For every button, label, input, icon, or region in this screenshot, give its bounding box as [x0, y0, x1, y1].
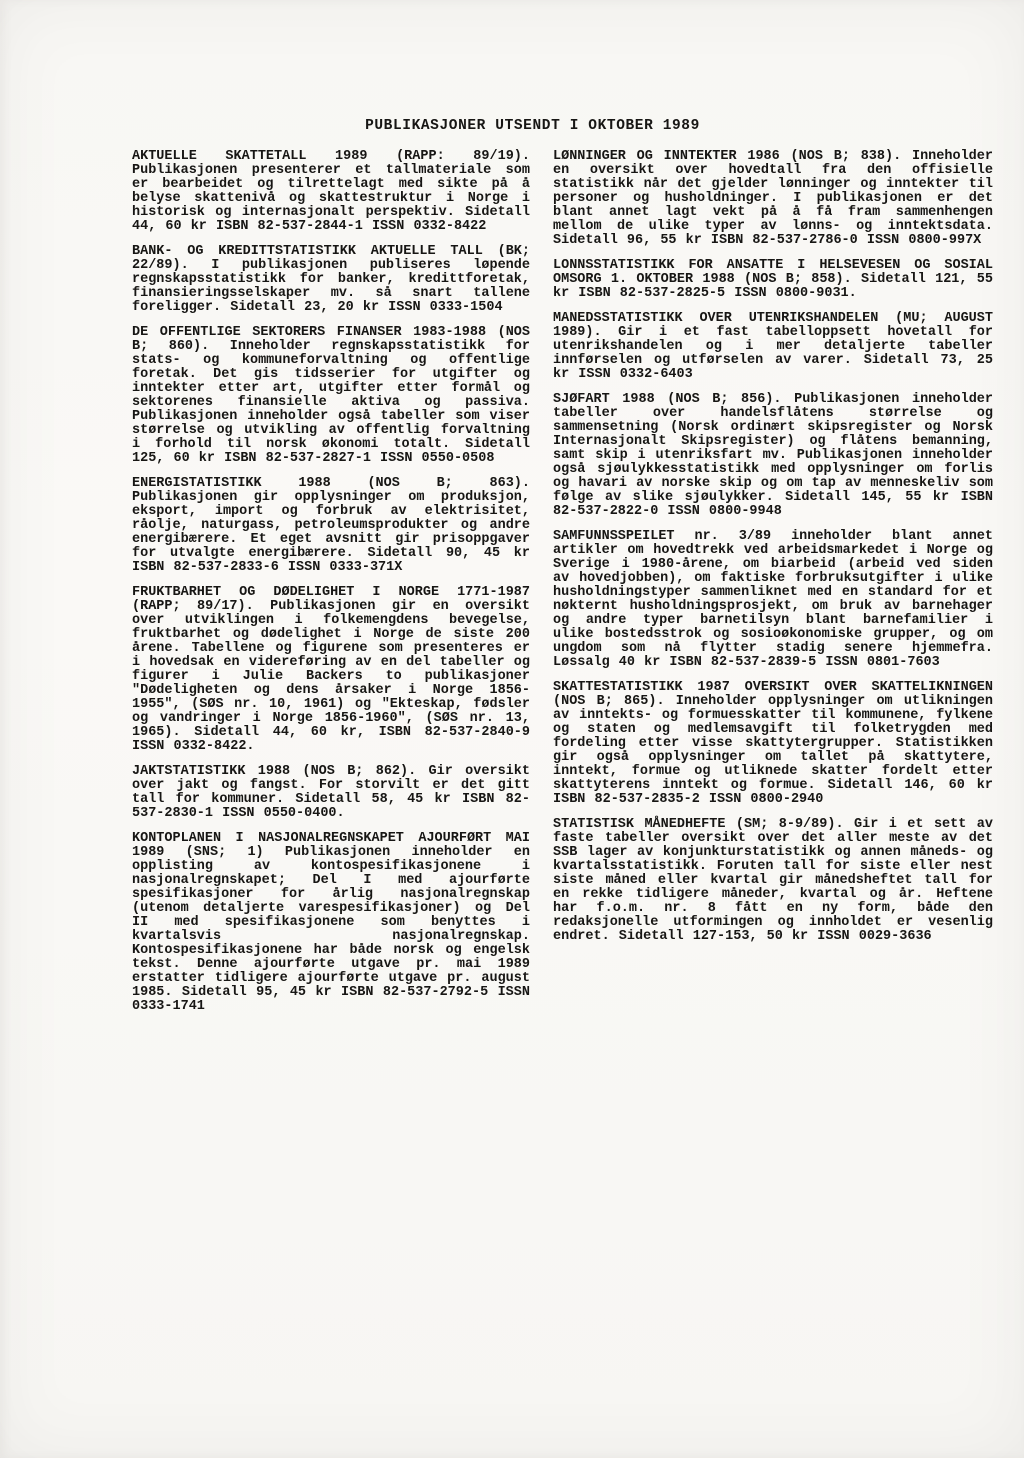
publication-entry: BANK- OG KREDITTSTATISTIKK AKTUELLE TALL… [132, 245, 530, 315]
scanned-document-page: PUBLIKASJONER UTSENDT I OKTOBER 1989 AKT… [0, 0, 1024, 1458]
publication-entry: DE OFFENTLIGE SEKTORERS FINANSER 1983-19… [132, 326, 530, 466]
publication-entry: STATISTISK MÅNEDHEFTE (SM; 8-9/89). Gir … [553, 818, 993, 944]
publication-entry: MANEDSSTATISTIKK OVER UTENRIKSHANDELEN (… [553, 312, 993, 382]
publication-entry: LONNSSTATISTIKK FOR ANSATTE I HELSEVESEN… [553, 259, 993, 301]
publication-entry: AKTUELLE SKATTETALL 1989 (RAPP: 89/19). … [132, 150, 530, 234]
two-column-layout: AKTUELLE SKATTETALL 1989 (RAPP: 89/19). … [132, 150, 1024, 1025]
right-column: LØNNINGER OG INNTEKTER 1986 (NOS B; 838)… [553, 150, 993, 1025]
publication-entry: LØNNINGER OG INNTEKTER 1986 (NOS B; 838)… [553, 150, 993, 248]
publication-entry: KONTOPLANEN I NASJONALREGNSKAPET AJOURFØ… [132, 832, 530, 1014]
publication-entry: FRUKTBARHET OG DØDELIGHET I NORGE 1771-1… [132, 586, 530, 754]
publication-entry: SJØFART 1988 (NOS B; 856). Publikasjonen… [553, 393, 993, 519]
publication-entry: ENERGISTATISTIKK 1988 (NOS B; 863). Publ… [132, 477, 530, 575]
publication-entry: JAKTSTATISTIKK 1988 (NOS B; 862). Gir ov… [132, 765, 530, 821]
page-title: PUBLIKASJONER UTSENDT I OKTOBER 1989 [102, 118, 963, 134]
left-column: AKTUELLE SKATTETALL 1989 (RAPP: 89/19). … [132, 150, 530, 1025]
publication-entry: SKATTESTATISTIKK 1987 OVERSIKT OVER SKAT… [553, 681, 993, 807]
publication-entry: SAMFUNNSSPEILET nr. 3/89 inneholder blan… [553, 530, 993, 670]
